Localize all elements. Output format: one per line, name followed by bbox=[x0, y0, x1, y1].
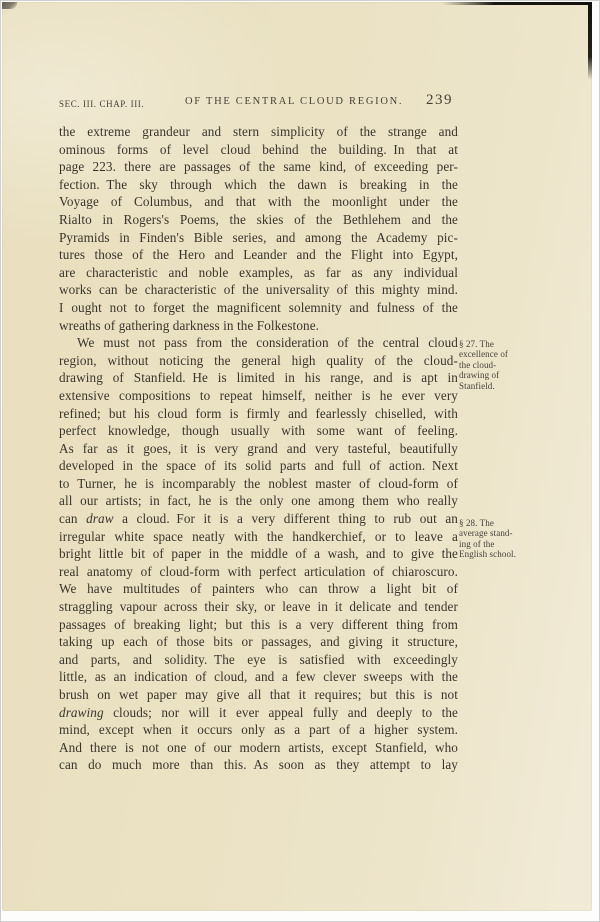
margin-note-line: § 28. The bbox=[459, 518, 555, 528]
text-line: ominous forms of level cloud behind the … bbox=[59, 141, 458, 159]
text-line: the extreme grandeur and stern simplicit… bbox=[59, 123, 458, 141]
text-line: And there is not one of our modern artis… bbox=[59, 739, 458, 757]
text-line: mind, except when it occurs only as a pa… bbox=[59, 721, 458, 739]
margin-note-line: the cloud- bbox=[459, 360, 555, 370]
text-line: page 223. there are passages of the same… bbox=[59, 158, 458, 176]
text-line: taking up each of those bits or passages… bbox=[59, 633, 458, 651]
text-line: As far as it goes, it is very grand and … bbox=[59, 440, 458, 458]
margin-note-line: drawing of bbox=[459, 370, 555, 380]
text-line: straggling vapour across their sky, or l… bbox=[59, 598, 458, 616]
text-line: tures those of the Hero and Leander and … bbox=[59, 246, 458, 264]
margin-note-line: ing of the bbox=[459, 539, 555, 549]
text-line: Rialto in Rogers's Poems, the skies of t… bbox=[59, 211, 458, 229]
text-line: are characteristic and noble examples, a… bbox=[59, 264, 458, 282]
text-line: real anatomy of cloud-form with perfect … bbox=[59, 563, 458, 581]
page-number: 239 bbox=[426, 92, 453, 109]
text-line: region, without noticing the general hig… bbox=[59, 352, 458, 370]
text-line: developed in the space of its solid part… bbox=[59, 457, 458, 475]
text-line: to Turner, he is incomparably the nobles… bbox=[59, 475, 458, 493]
text-line: irregular white space neatly with the ha… bbox=[59, 528, 458, 546]
text-line: Voyage of Columbus, and that with the mo… bbox=[59, 193, 458, 211]
scan-artifact-top-edge bbox=[442, 2, 592, 5]
text-line: We have multitudes of painters who can t… bbox=[59, 580, 458, 598]
margin-note-line: Stanfield. bbox=[459, 381, 555, 391]
text-line: refined; but his cloud form is firmly an… bbox=[59, 405, 458, 423]
text-line: perfect knowledge, though usually with s… bbox=[59, 422, 458, 440]
margin-note-line: § 27. The bbox=[459, 339, 555, 349]
text-line: passages of breaking light; but this is … bbox=[59, 616, 458, 634]
margin-note-line: average stand- bbox=[459, 528, 555, 538]
margin-note-line: English school. bbox=[459, 549, 555, 559]
margin-note: § 28. Theaverage stand-ing of theEnglish… bbox=[459, 518, 555, 560]
section-chapter-label: SEC. III. CHAP. III. bbox=[59, 99, 144, 109]
scan-artifact-top-left-corner bbox=[2, 2, 17, 9]
margin-note: § 27. Theexcellence ofthe cloud-drawing … bbox=[459, 339, 555, 391]
text-line: Pyramids in Finden's Bible series, and a… bbox=[59, 229, 458, 247]
text-line: fection. The sky through which the dawn … bbox=[59, 176, 458, 194]
text-line: all our artists; in fact, he is the only… bbox=[59, 492, 458, 510]
text-line: wreaths of gathering darkness in the Fol… bbox=[59, 317, 458, 335]
text-line: We must not pass from the consideration … bbox=[59, 334, 458, 352]
text-line: little, as an indication of cloud, and a… bbox=[59, 668, 458, 686]
text-line: extensive compositions to repeat himself… bbox=[59, 387, 458, 405]
text-line: drawing clouds; nor will it ever appeal … bbox=[59, 704, 458, 722]
paragraph: We must not pass from the consideration … bbox=[59, 334, 458, 774]
text-line: bright little bit of paper in the middle… bbox=[59, 545, 458, 563]
scanned-page-viewport: SEC. III. CHAP. III. OF THE CENTRAL CLOU… bbox=[0, 0, 600, 922]
body-text: the extreme grandeur and stern simplicit… bbox=[59, 123, 458, 774]
book-page: SEC. III. CHAP. III. OF THE CENTRAL CLOU… bbox=[2, 2, 592, 911]
text-line: can do much more than this. As soon as t… bbox=[59, 756, 458, 774]
text-line: works can be characteristic of the unive… bbox=[59, 281, 458, 299]
running-title: OF THE CENTRAL CLOUD REGION. bbox=[185, 96, 403, 107]
text-line: drawing of Stanfield. He is limited in h… bbox=[59, 369, 458, 387]
text-line: brush on wet paper may give all that it … bbox=[59, 686, 458, 704]
text-line: can draw a cloud. For it is a very diffe… bbox=[59, 510, 458, 528]
margin-note-line: excellence of bbox=[459, 349, 555, 359]
text-line: I ought not to forget the magnificent so… bbox=[59, 299, 458, 317]
text-line: and parts, and solidity. The eye is sati… bbox=[59, 651, 458, 669]
scan-artifact-right-edge bbox=[588, 2, 592, 80]
paragraph: the extreme grandeur and stern simplicit… bbox=[59, 123, 458, 334]
